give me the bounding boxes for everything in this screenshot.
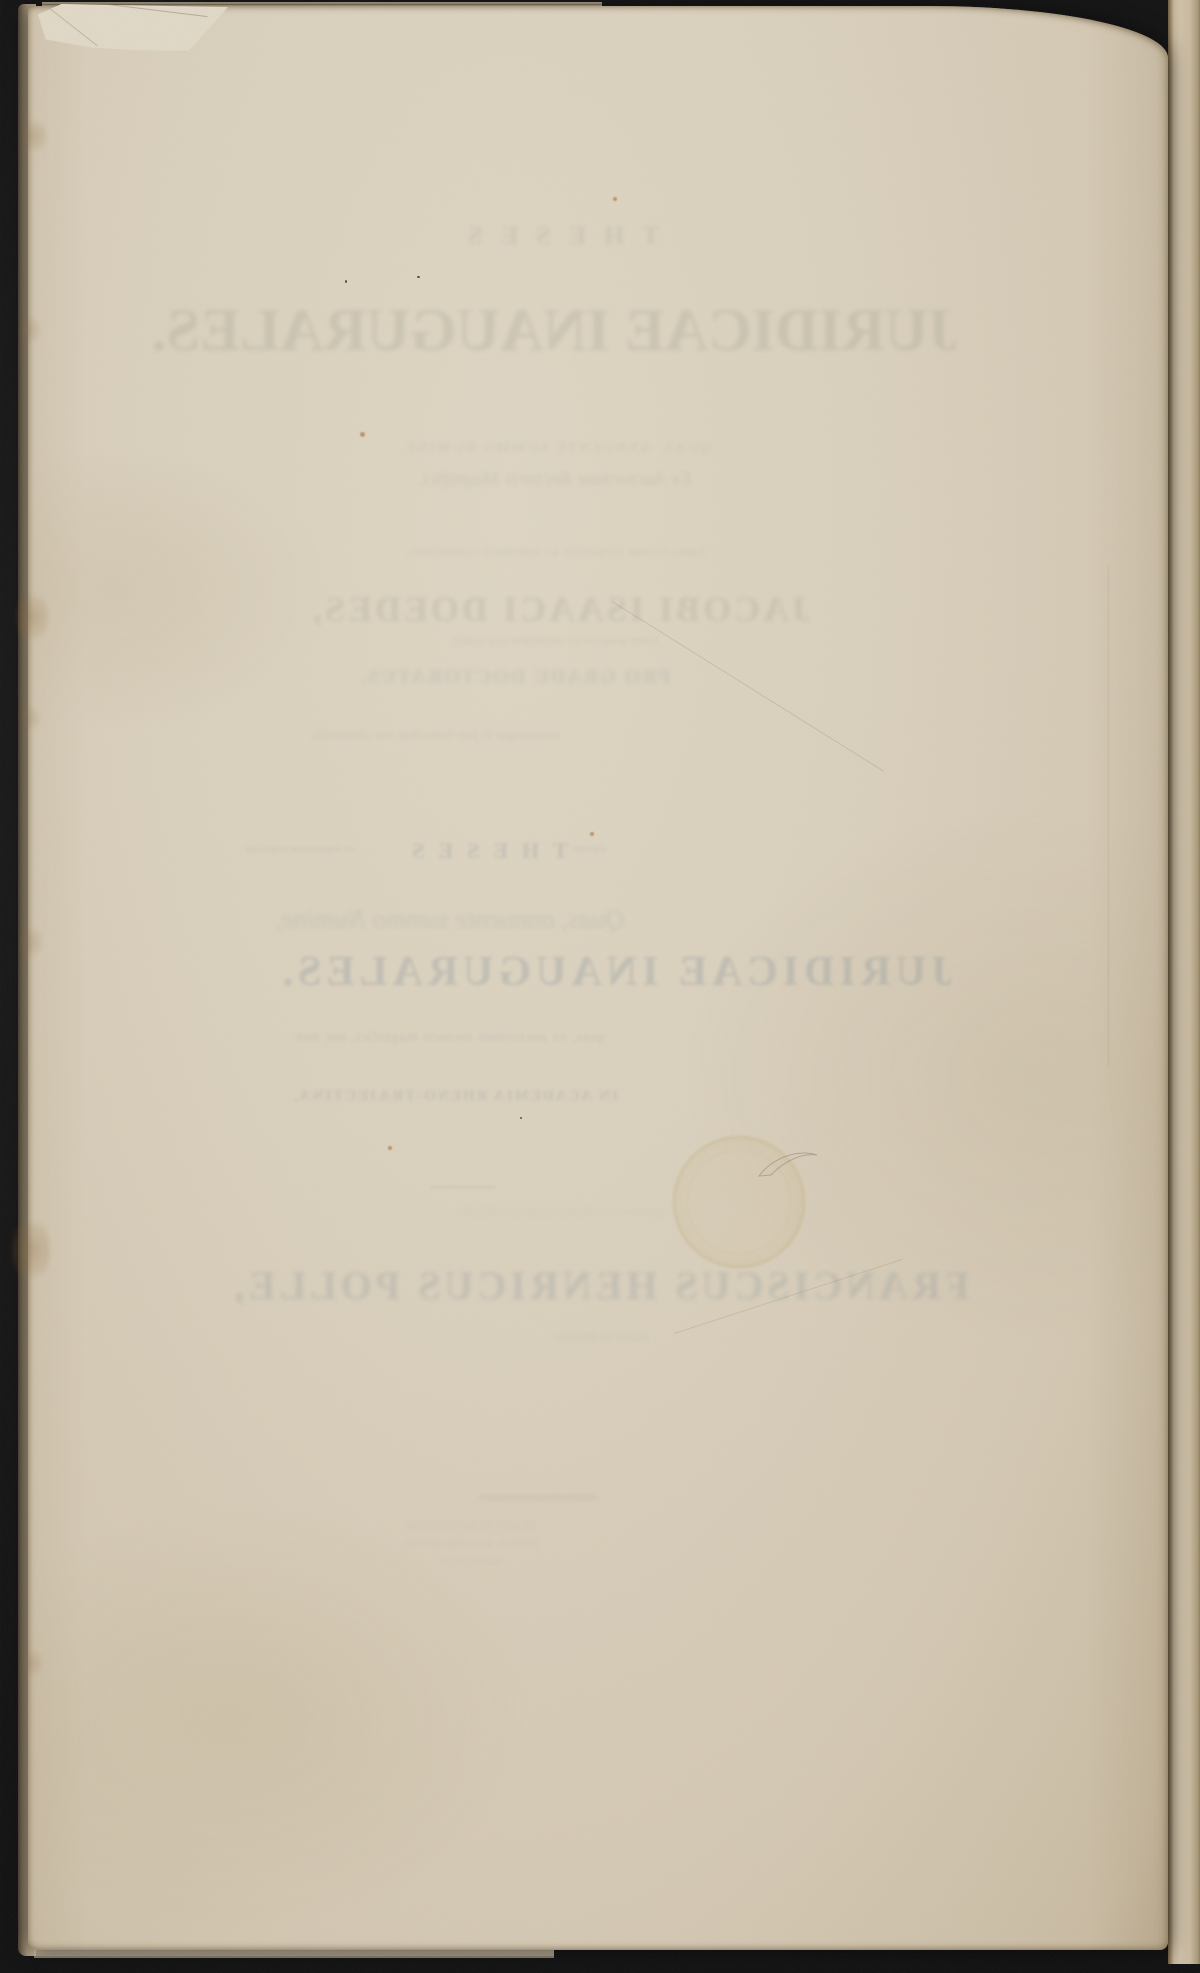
ghost-line-theses: THESES	[355, 221, 755, 251]
foxing-stain	[22, 118, 46, 154]
ink-smudge	[478, 1495, 598, 1500]
ghost-line: Ex Auctoritate Rectoris Magnifici,	[255, 468, 855, 491]
ghost-line: defendet	[530, 844, 650, 855]
paper-crease	[1108, 566, 1109, 1066]
book-page: THESES JURIDICAE INAUGURALES. QUAS, ANNU…	[28, 6, 1168, 1950]
ghost-line-script: Quas, annuente summo Numine,	[250, 904, 650, 935]
rust-speck	[360, 432, 365, 437]
printers-rule	[430, 1186, 495, 1188]
ghost-line-academia: IN ACADEMIA RHENO-TRAJECTINA,	[225, 1088, 685, 1105]
rust-speck	[388, 1146, 392, 1150]
book-scan: THESES JURIDICAE INAUGURALES. QUAS, ANNU…	[0, 0, 1200, 1973]
pencil-mark	[755, 1145, 825, 1185]
folded-corner	[34, 3, 230, 55]
foxing-stain	[22, 1648, 42, 1678]
foxing-stain	[20, 315, 40, 345]
crease-line	[50, 9, 98, 47]
foxing-stain	[16, 590, 48, 644]
ghost-line: ad disputandum propositae	[200, 844, 400, 855]
rust-speck	[590, 832, 594, 836]
ghost-imprint-line: TRAJECTI AD RHENUM,	[270, 1518, 670, 1533]
ghost-line-title: JURIDICAE INAUGURALES.	[105, 296, 1005, 365]
ghost-line-name: JACOBI ISAACI DOEDES,	[210, 588, 910, 630]
ghost-line: auctor et defensor.	[450, 1328, 750, 1344]
ghost-line: summisque in jure honoribus rite obtinen…	[185, 728, 685, 744]
ghost-line-name: FRANCISCUS HENRICUS POLLE,	[190, 1262, 1010, 1309]
ghost-line: AMPLISSIMI SENATUS ACADEMICI CONSENSU,	[305, 545, 805, 560]
ghost-line: QUAS, ANNUENTE SUMMO NUMINE,	[305, 440, 805, 457]
foxing-stain	[22, 705, 40, 731]
ghost-line: JURIS ROMANI ET HODIERNI DOCTORIS,	[305, 636, 805, 648]
ghost-line: PRO GRADU DOCTORATUS,	[265, 666, 765, 689]
ghost-line-title: JURIDICAE INAUGURALES.	[215, 948, 1015, 996]
foxing-stain	[12, 1215, 50, 1285]
ink-speck	[520, 1117, 522, 1119]
ink-speck	[417, 276, 420, 278]
foxing-stain	[20, 925, 42, 959]
rust-speck	[613, 197, 617, 201]
ghost-imprint-line: MDCCCXLV.	[270, 1556, 670, 1568]
ghost-imprint-line: TYPIS N. VAN DER MONDE.	[270, 1538, 670, 1550]
ink-speck	[345, 280, 347, 283]
adjacent-page-fore-edge	[1168, 0, 1200, 1964]
ghost-line: quas, ex auctoritate rectoris magnifici,…	[170, 1030, 730, 1046]
